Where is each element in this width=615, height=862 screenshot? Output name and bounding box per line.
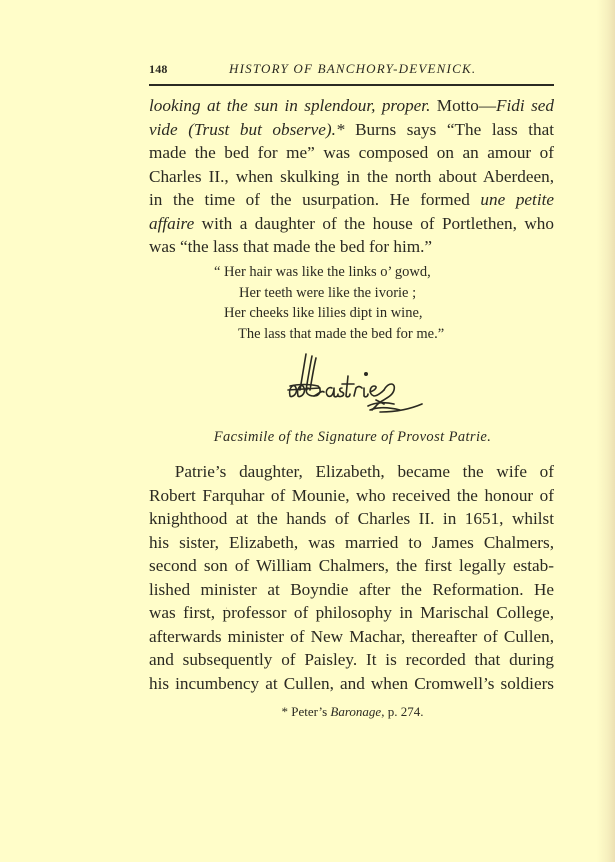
text-span: made the bed for me” was composed on an … <box>149 143 554 162</box>
text-span: in the time of the usurpation. He formed <box>149 190 480 209</box>
figure-caption: Facsimile of the Signature of Provost Pa… <box>0 429 615 446</box>
text-span: was “the lass that made the bed for him.… <box>149 237 432 256</box>
text-line: lished minister at Boyndie after the Ref… <box>149 578 554 602</box>
text-line: knighthood at the hands of Charles II. i… <box>149 507 554 531</box>
page-number: 148 <box>149 62 168 77</box>
text-line: Robert Farquhar of Mounie, who received … <box>149 484 554 508</box>
footnote: * Peter’s Baronage, p. 274. <box>0 704 615 720</box>
text-span: Burns says “The lass that <box>345 120 555 139</box>
text-line: made the bed for me” was composed on an … <box>149 141 554 165</box>
paragraph-1: looking at the sun in splendour, proper.… <box>149 94 554 259</box>
footnote-title: Baronage <box>330 704 381 719</box>
text-span: une petite <box>480 190 554 209</box>
text-line: in the time of the usurpation. He formed… <box>149 188 554 212</box>
print-artifact: ˙ <box>225 606 228 615</box>
verse-line: “ Her hair was like the links o’ gowd, <box>214 262 444 283</box>
footnote-page-ref: , p. 274. <box>381 704 423 719</box>
text-line: his sister, Elizabeth, was married to Ja… <box>149 531 554 555</box>
signature-icon <box>284 350 434 420</box>
verse-line: The lass that made the bed for me.” <box>214 324 444 345</box>
verse-line: Her teeth were like the ivorie ; <box>214 283 444 304</box>
text-span: with a daughter of the house of Portleth… <box>194 214 554 233</box>
text-line: Patrie’s daughter, Elizabeth, became the… <box>149 460 554 484</box>
running-title: HISTORY OF BANCHORY-DEVENICK. <box>229 61 476 77</box>
text-span: Motto— <box>430 96 496 115</box>
caption-text: Facsimile of the Signature of Provost Pa… <box>214 429 492 445</box>
verse-quotation: “ Her hair was like the links o’ gowd, H… <box>214 262 444 344</box>
text-span: Charles II., when skulking in the north … <box>149 167 554 186</box>
text-span: Fidi sed <box>496 96 554 115</box>
text-line: was “the lass that made the bed for him.… <box>149 235 554 259</box>
text-line: affaire with a daughter of the house of … <box>149 212 554 236</box>
text-line: and subsequently of Paisley. It is recor… <box>149 648 554 672</box>
text-span: vide (Trust but observe).* <box>149 120 345 139</box>
text-line: was first, professor of philosophy in Ma… <box>149 601 554 625</box>
text-line: Charles II., when skulking in the north … <box>149 165 554 189</box>
header-rule <box>149 84 554 86</box>
text-line: looking at the sun in splendour, proper.… <box>149 94 554 118</box>
text-line: vide (Trust but observe).* Burns says “T… <box>149 118 554 142</box>
paragraph-2: Patrie’s daughter, Elizabeth, became the… <box>149 460 554 695</box>
signature-facsimile <box>284 350 434 420</box>
verse-line: Her cheeks like lilies dipt in wine, <box>214 303 444 324</box>
footnote-author: Peter’s <box>291 704 330 719</box>
running-header: 148 HISTORY OF BANCHORY-DEVENICK. <box>149 60 557 82</box>
footnote-marker: * <box>282 704 292 719</box>
text-line: afterwards minister of New Machar, there… <box>149 625 554 649</box>
text-line: his incumbency at Cullen, and when Cromw… <box>149 672 554 696</box>
text-span: looking at the sun in splendour, proper. <box>149 96 430 115</box>
text-span: affaire <box>149 214 194 233</box>
text-line: second son of William Chalmers, the firs… <box>149 554 554 578</box>
